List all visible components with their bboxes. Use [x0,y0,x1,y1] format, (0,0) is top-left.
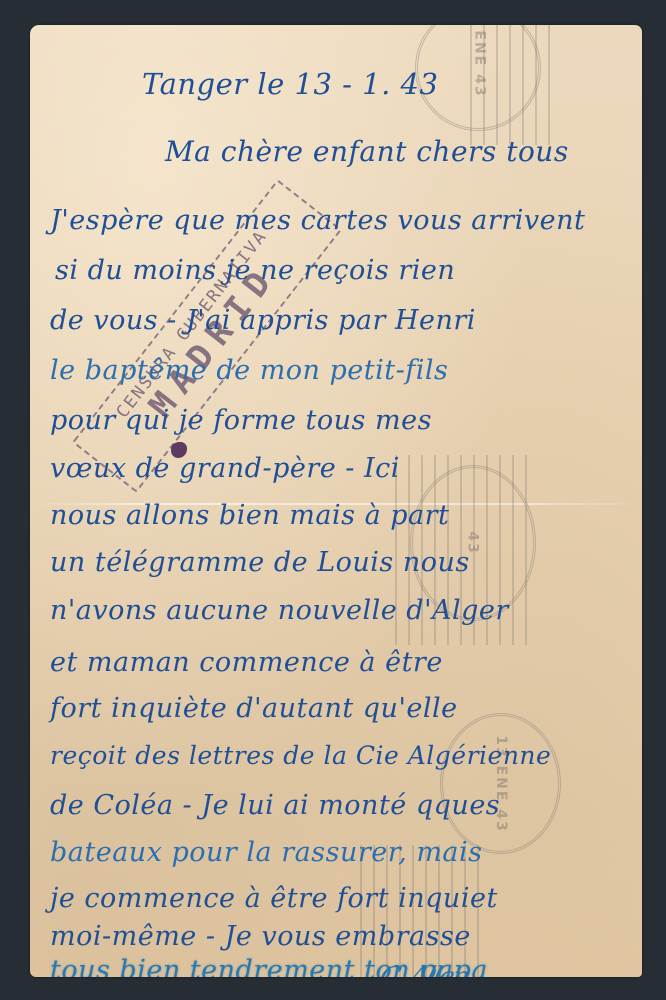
letter-line-6: vœux de grand-père - Ici [50,453,400,484]
dateline: Tanger le 13 - 1. 43 [142,67,438,101]
letter-line-16: moi-même - Je vous embrasse [50,921,471,952]
letter-line-3: de vous - J'ai appris par Henri [50,305,476,336]
letter-line-11: fort inquiète d'autant qu'elle [50,693,458,724]
letter-line-4: le baptême de mon petit-fils [50,355,448,386]
postcard: ENE 43 43 13 ENE 43 CENSURA GUBERNATIVA … [30,25,642,977]
letter-line-13: de Coléa - Je lui ai monté qques [50,790,500,821]
letter-line-2: si du moins je ne reçois rien [55,255,455,286]
letter-line-10: et maman commence à être [50,647,443,678]
letter-line-5: pour qui je forme tous mes [50,405,432,436]
letter-line-12: reçoit des lettres de la Cie Algérienne [50,741,551,770]
letter-line-8: un télégramme de Louis nous [50,547,470,578]
salutation: Ma chère enfant chers tous [165,135,569,168]
postmark-lower: 13 ENE 43 [440,713,561,854]
letter-line-14: bateaux pour la rassurer, mais [50,837,483,868]
letter-line-7: nous allons bien mais à part [50,500,449,531]
scan-background: ENE 43 43 13 ENE 43 CENSURA GUBERNATIVA … [0,0,666,1000]
letter-line-1: J'espère que mes cartes vous arrivent [50,205,585,236]
letter-line-9: n'avons aucune nouvelle d'Alger [50,595,509,626]
signature: C. Allen [376,962,471,977]
letter-line-15: je commence à être fort inquiet [50,883,498,914]
cancel-lines-top [470,25,550,145]
